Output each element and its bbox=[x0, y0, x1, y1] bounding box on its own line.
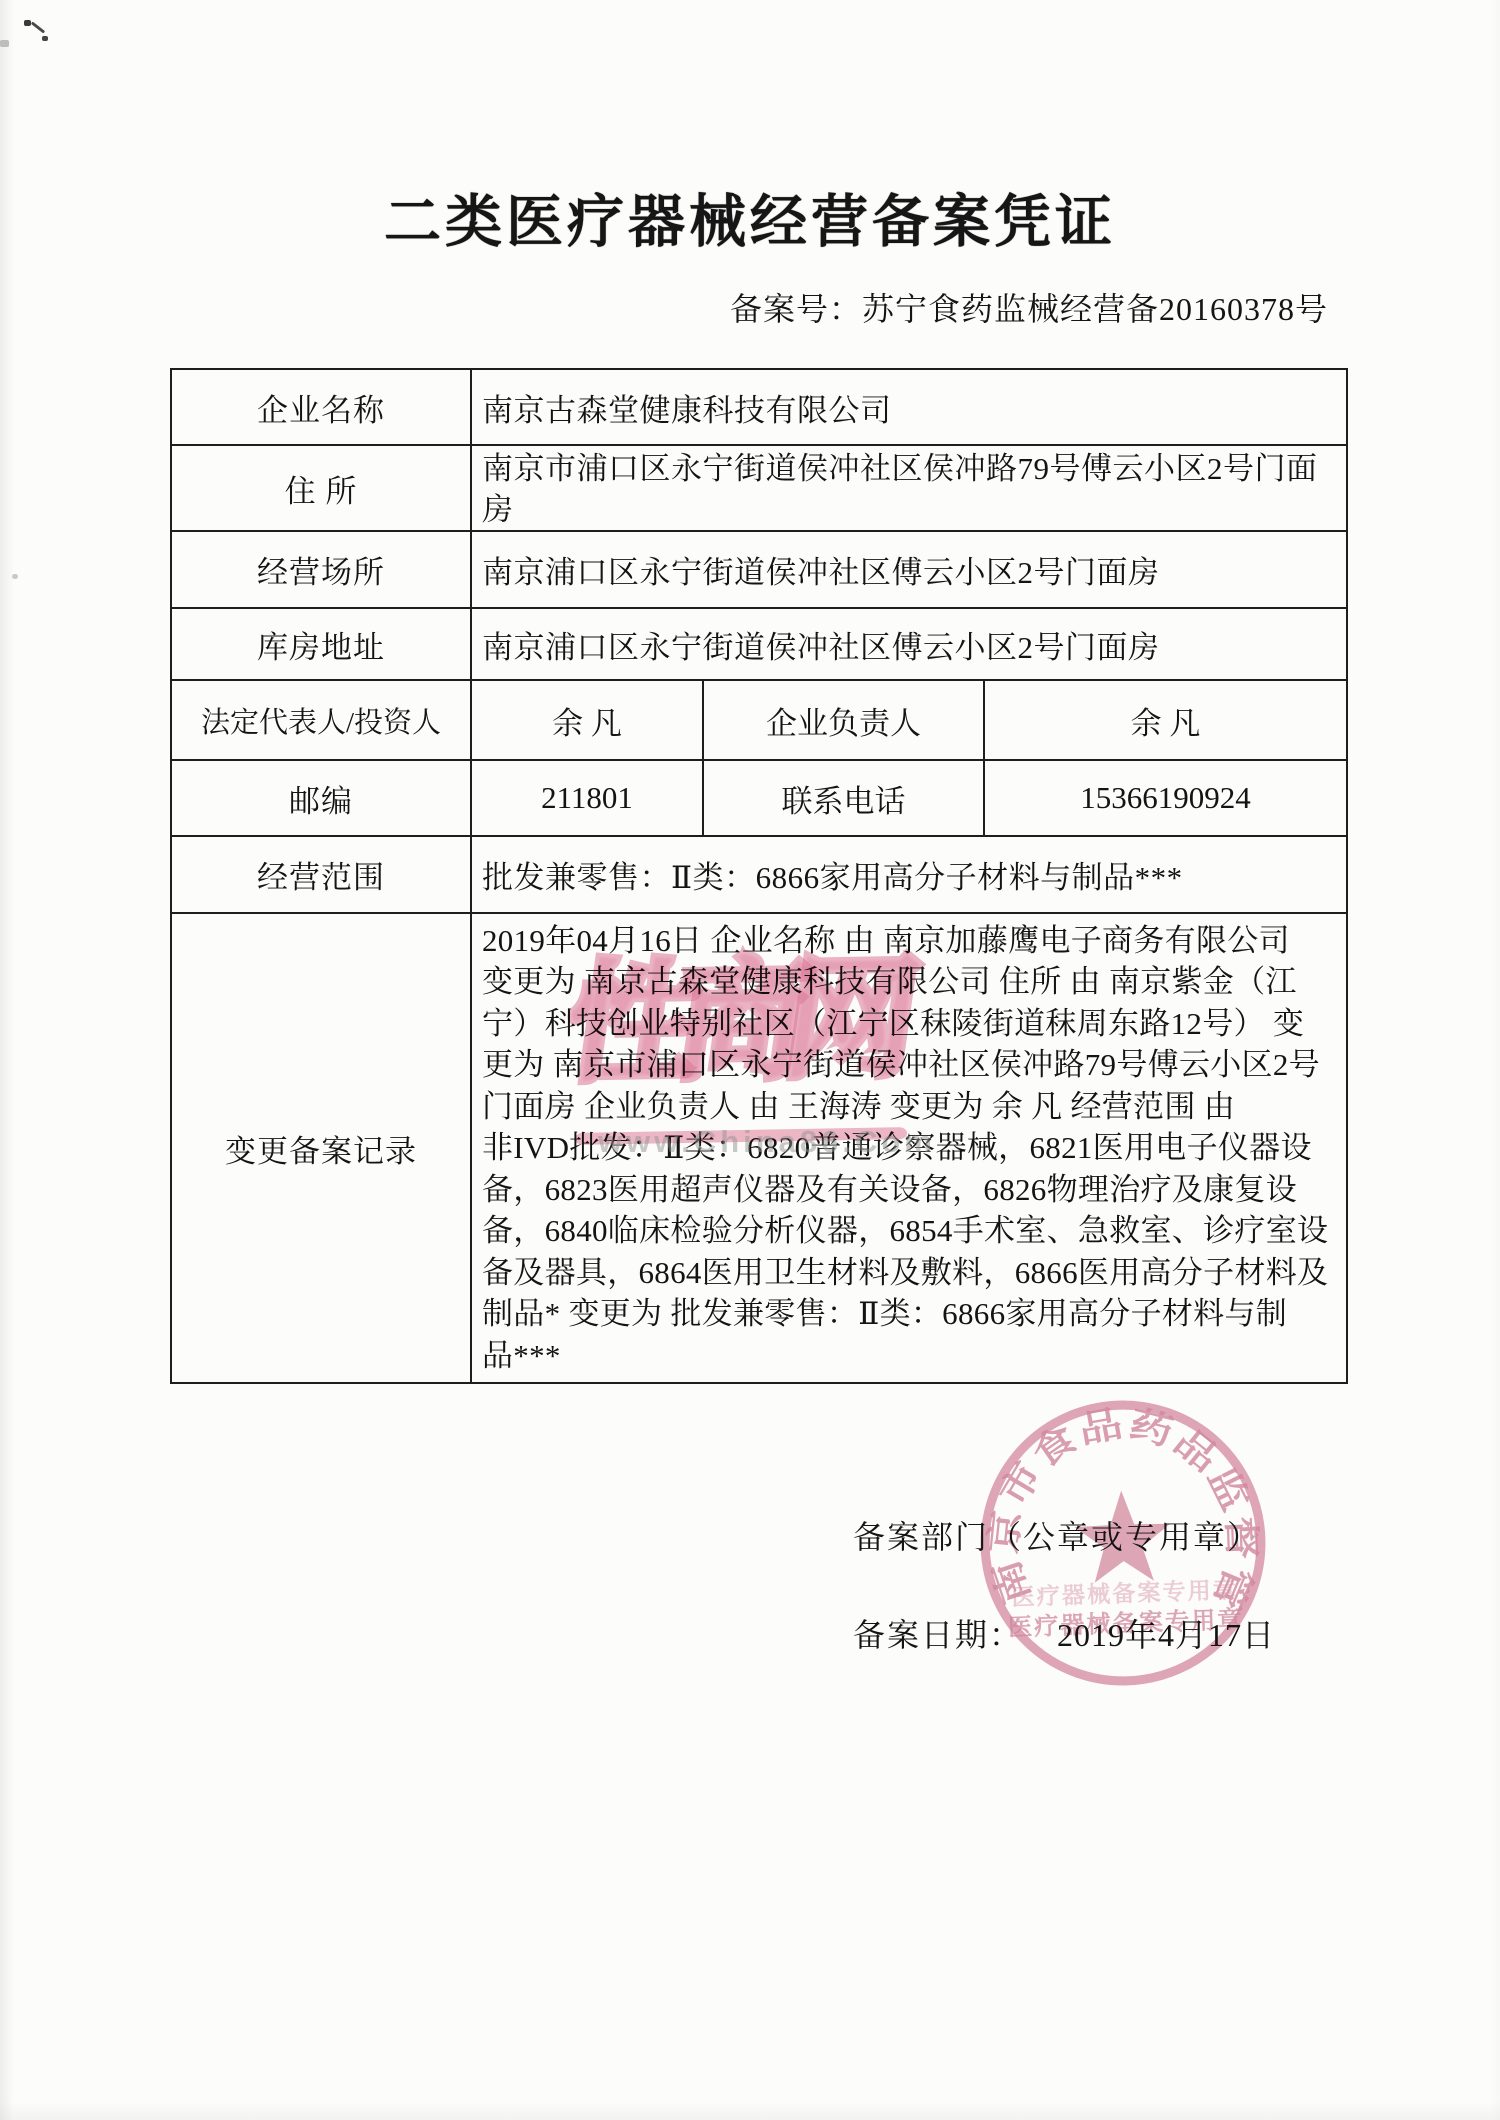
company-value: 南京古森堂健康科技有限公司 bbox=[471, 369, 1347, 445]
ink-mark bbox=[42, 36, 48, 41]
phone-label: 联系电话 bbox=[703, 760, 984, 836]
table-row-postcode-phone: 邮编 211801 联系电话 15366190924 bbox=[171, 760, 1347, 836]
residence-value: 南京市浦口区永宁街道侯冲社区侯冲路79号傅云小区2号门面房 bbox=[471, 445, 1347, 531]
legal-rep-value: 余 凡 bbox=[471, 680, 703, 760]
scope-label: 经营范围 bbox=[171, 836, 471, 913]
page-title: 二类医疗器械经营备案凭证 bbox=[0, 176, 1500, 258]
change-record-value: 2019年04月16日 企业名称 由 南京加藤鹰电子商务有限公司 变更为 南京古… bbox=[471, 913, 1347, 1383]
record-number: 备案号：苏宁食药监械经营备20160378号 bbox=[730, 284, 1328, 330]
table-row-premises: 经营场所 南京浦口区永宁街道侯冲社区傅云小区2号门面房 bbox=[171, 531, 1347, 608]
manager-value: 余 凡 bbox=[984, 680, 1347, 760]
table-row-change-record: 变更备案记录 2019年04月16日 企业名称 由 南京加藤鹰电子商务有限公司 … bbox=[171, 913, 1347, 1383]
premises-label: 经营场所 bbox=[171, 531, 471, 608]
ink-mark bbox=[24, 20, 31, 26]
residence-label: 住 所 bbox=[171, 445, 471, 531]
table-row-company: 企业名称 南京古森堂健康科技有限公司 bbox=[171, 369, 1347, 445]
manager-label: 企业负责人 bbox=[703, 680, 984, 760]
table-row-residence: 住 所 南京市浦口区永宁街道侯冲社区侯冲路79号傅云小区2号门面房 bbox=[171, 445, 1347, 531]
scan-speck bbox=[12, 574, 18, 579]
filing-department-label: 备案部门（公章或专用章） bbox=[853, 1512, 1261, 1558]
phone-value: 15366190924 bbox=[984, 760, 1347, 836]
change-record-label: 变更备案记录 bbox=[171, 913, 471, 1383]
postcode-label: 邮编 bbox=[171, 760, 471, 836]
warehouse-label: 库房地址 bbox=[171, 608, 471, 680]
company-label: 企业名称 bbox=[171, 369, 471, 445]
postcode-value: 211801 bbox=[471, 760, 703, 836]
table-row-warehouse: 库房地址 南京浦口区永宁街道侯冲社区傅云小区2号门面房 bbox=[171, 608, 1347, 680]
premises-value: 南京浦口区永宁街道侯冲社区傅云小区2号门面房 bbox=[471, 531, 1347, 608]
scanned-certificate-page: { "page": { "title": "二类医疗器械经营备案凭证", "re… bbox=[0, 0, 1500, 2120]
legal-rep-label: 法定代表人/投资人 bbox=[171, 680, 471, 760]
scope-value: 批发兼零售：Ⅱ类：6866家用高分子材料与制品*** bbox=[471, 836, 1347, 913]
ink-mark bbox=[31, 21, 45, 33]
stamp-bottom-text-ghost: 医疗器械备案专用章 bbox=[1011, 1576, 1238, 1611]
filing-date-label: 备案日期： bbox=[853, 1617, 1023, 1653]
scan-edge-smudge bbox=[0, 40, 9, 47]
warehouse-value: 南京浦口区永宁街道侯冲社区傅云小区2号门面房 bbox=[471, 608, 1347, 680]
table-row-legal-rep: 法定代表人/投资人 余 凡 企业负责人 余 凡 bbox=[171, 680, 1347, 760]
certificate-table: 企业名称 南京古森堂健康科技有限公司 住 所 南京市浦口区永宁街道侯冲社区侯冲路… bbox=[170, 368, 1348, 1384]
table-row-scope: 经营范围 批发兼零售：Ⅱ类：6866家用高分子材料与制品*** bbox=[171, 836, 1347, 913]
filing-date-line: 备案日期：2019年4月17日 bbox=[853, 1610, 1275, 1656]
filing-date-value: 2019年4月17日 bbox=[1057, 1617, 1275, 1653]
